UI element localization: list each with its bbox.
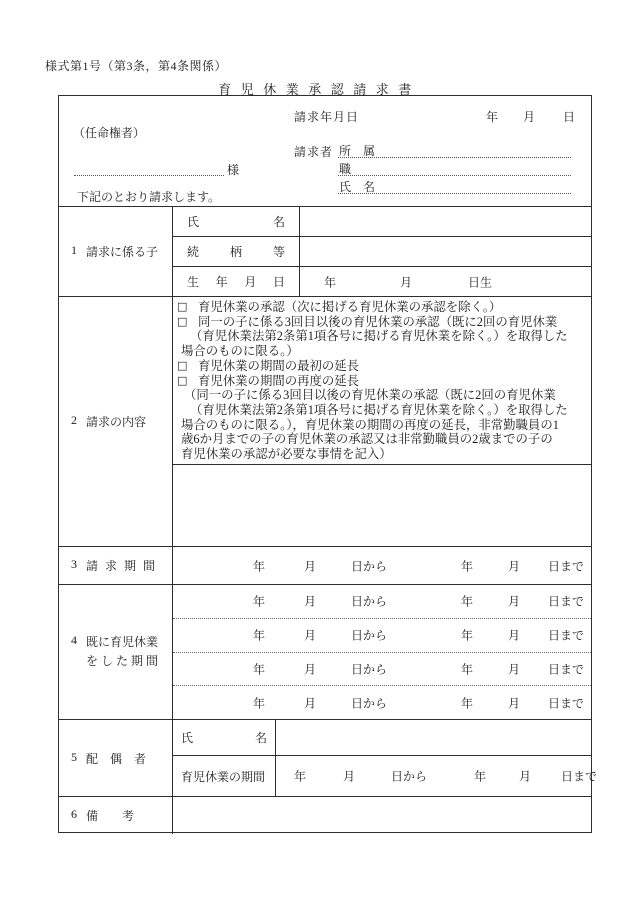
remarks-row-title: 備 考 <box>86 807 134 824</box>
year-from-label: 年 <box>253 557 265 574</box>
year-from-label: 年 <box>253 627 265 644</box>
day-from-label: 日から <box>351 694 387 711</box>
appointer-label: （任命権者） <box>73 124 145 141</box>
month-from-label: 月 <box>343 768 355 785</box>
checkbox-icon[interactable]: □ <box>176 315 198 330</box>
year-to-label: 年 <box>474 768 486 785</box>
day-to-label: 日まで <box>548 694 584 711</box>
year-to-label: 年 <box>461 557 473 574</box>
spouse-row-header: 5 配 偶 者 <box>59 720 173 796</box>
past-period-cell-3[interactable]: 年 月 日から 年 月 日まで <box>173 652 591 686</box>
month-to-label: 月 <box>508 694 520 711</box>
content-row-header: 2 請求の内容 <box>59 297 173 546</box>
checkbox-icon[interactable]: □ <box>176 374 198 389</box>
child-name-value-cell[interactable] <box>300 207 591 236</box>
child-relation-value-cell[interactable] <box>300 237 591 266</box>
row-request-content: 2 請求の内容 □育児休業の承認（次に掲げる育児休業の承認を除く。） □同一の子… <box>59 296 591 546</box>
past-period-cell-1[interactable]: 年 月 日から 年 月 日まで <box>173 585 591 618</box>
year-to-label: 年 <box>461 593 473 610</box>
month-from-label: 月 <box>304 593 316 610</box>
row-past-leave: 4 既に育児休業 を し た 期 間 年 月 日から 年 月 日まで <box>59 584 591 719</box>
period-row-header: 3 請 求 期 間 <box>59 547 173 584</box>
year-to-label: 年 <box>461 627 473 644</box>
month-to-label: 月 <box>519 768 531 785</box>
month-to-label: 月 <box>508 660 520 677</box>
remarks-value-cell[interactable] <box>173 797 591 834</box>
day-to-label: 日まで <box>561 768 597 785</box>
checkbox-icon[interactable]: □ <box>176 300 198 315</box>
day-to-label: 日まで <box>548 593 584 610</box>
content-row-title: 請求の内容 <box>86 413 146 430</box>
year-to-label: 年 <box>461 694 473 711</box>
month-to-label: 月 <box>508 627 520 644</box>
day-from-label: 日から <box>351 627 387 644</box>
content-note: （同一の子に係る3回目以後の育児休業の承認（既に2回の育児休業 <box>184 388 583 403</box>
spouse-name-value-cell[interactable] <box>276 720 591 755</box>
month-from-label: 月 <box>304 627 316 644</box>
day-from-label: 日から <box>351 593 387 610</box>
birth-day-label: 日生 <box>468 273 492 290</box>
month-to-label: 月 <box>508 557 520 574</box>
checkbox-icon[interactable]: □ <box>176 359 198 374</box>
year-from-label: 年 <box>253 694 265 711</box>
period-row-title: 請 求 期 間 <box>86 557 157 574</box>
year-to-label: 年 <box>461 660 473 677</box>
birth-month-label: 月 <box>400 273 412 290</box>
month-from-label: 月 <box>304 557 316 574</box>
content-option-2-cont: 場合のものに限る。） <box>181 344 583 359</box>
remarks-row-number: 6 <box>71 807 77 824</box>
period-row-number: 3 <box>71 557 77 574</box>
year-from-label: 年 <box>253 660 265 677</box>
child-row-number: 1 <box>71 243 77 260</box>
row-remarks: 6 備 考 <box>59 796 591 834</box>
content-note: 歳6か月までの子の育児休業の承認又は非常勤職員の2歳までの子の <box>181 432 583 447</box>
month-from-label: 月 <box>304 694 316 711</box>
past-row-number: 4 <box>71 633 77 671</box>
content-freeform-cell[interactable] <box>173 465 591 546</box>
past-period-cell-4[interactable]: 年 月 日から 年 月 日まで <box>173 685 591 719</box>
content-note: 育児休業の承認が必要な事情を記入） <box>181 447 583 462</box>
row-request-period: 3 請 求 期 間 年 月 日から 年 月 日まで <box>59 546 591 584</box>
request-form-table: 請求年月日 年 月 日 （任命権者） 請求者 所 属 様 職 氏 名 下記のとお… <box>58 95 592 833</box>
form-number: 様式第1号（第3条，第4条関係） <box>45 57 227 74</box>
requester-name-label: 氏 名 <box>339 178 375 195</box>
month-from-label: 月 <box>304 660 316 677</box>
addressee-underline-field[interactable] <box>74 159 224 176</box>
content-option-3: 育児休業の期間の最初の延長 <box>198 359 583 374</box>
child-relation-label-cell: 続 柄 等 <box>173 237 300 266</box>
header-cell: 請求年月日 年 月 日 （任命権者） 請求者 所 属 様 職 氏 名 下記のとお… <box>59 96 591 206</box>
requester-name-field[interactable]: 氏 名 <box>338 177 571 194</box>
day-from-label: 日から <box>391 768 427 785</box>
spouse-row-number: 5 <box>71 750 77 767</box>
row-spouse: 5 配 偶 者 氏 名 育児休業の期間 年 <box>59 719 591 796</box>
spouse-name-label-cell: 氏 名 <box>173 720 276 755</box>
day-to-label: 日まで <box>548 660 584 677</box>
past-row-title-line1: 既に育児休業 <box>86 633 158 652</box>
child-birthdate-label-cell: 生 年 月 日 <box>173 267 300 296</box>
spouse-period-label-cell: 育児休業の期間 <box>173 756 276 796</box>
position-field[interactable]: 職 <box>338 159 571 176</box>
content-option-1: 育児休業の承認（次に掲げる育児休業の承認を除く。） <box>198 300 583 315</box>
content-option-2-cont: （育児休業法第2条第1項各号に掲げる育児休業を除く。）を取得した <box>190 329 583 344</box>
birth-year-label: 年 <box>324 273 336 290</box>
spouse-period-cell[interactable]: 年 月 日から 年 月 日まで <box>276 756 591 796</box>
past-period-cell-2[interactable]: 年 月 日から 年 月 日まで <box>173 618 591 652</box>
declaration-text: 下記のとおり請求します。 <box>77 188 220 205</box>
request-period-cell[interactable]: 年 月 日から 年 月 日まで <box>173 547 591 584</box>
day-from-label: 日から <box>351 557 387 574</box>
affiliation-label: 所 属 <box>339 142 375 159</box>
request-date-month-label: 月 <box>523 108 535 125</box>
position-label: 職 <box>339 160 351 177</box>
year-from-label: 年 <box>253 593 265 610</box>
request-date-year-label: 年 <box>486 108 498 125</box>
year-from-label: 年 <box>294 768 306 785</box>
child-name-label-cell: 氏 名 <box>173 207 300 236</box>
month-to-label: 月 <box>508 593 520 610</box>
request-date-day-label: 日 <box>563 108 575 125</box>
content-option-4: 育児休業の期間の再度の延長 <box>198 374 583 389</box>
past-row-title-line2: を し た 期 間 <box>86 652 158 671</box>
child-birthdate-value-cell[interactable]: 年 月 日生 <box>300 267 591 296</box>
content-options-cell: □育児休業の承認（次に掲げる育児休業の承認を除く。） □同一の子に係る3回目以後… <box>173 297 591 465</box>
past-row-header: 4 既に育児休業 を し た 期 間 <box>59 585 173 719</box>
day-to-label: 日まで <box>548 627 584 644</box>
affiliation-field[interactable]: 所 属 <box>338 141 571 158</box>
day-to-label: 日まで <box>548 557 584 574</box>
row-child: 1 請求に係る子 氏 名 続 柄 等 <box>59 206 591 296</box>
content-note: 場合のものに限る。），育児休業の期間の再度の延長，非常勤職員の1 <box>181 418 583 433</box>
addressee-suffix: 様 <box>227 161 239 178</box>
request-date-label: 請求年月日 <box>294 108 359 125</box>
content-note: （育児休業法第2条第1項各号に掲げる育児休業を除く。）を取得した <box>190 403 583 418</box>
content-option-2: 同一の子に係る3回目以後の育児休業の承認（既に2回の育児休業 <box>198 315 583 330</box>
remarks-row-header: 6 備 考 <box>59 797 173 834</box>
spouse-row-title: 配 偶 者 <box>86 750 146 767</box>
content-row-number: 2 <box>71 413 77 430</box>
document-page: 様式第1号（第3条，第4条関係） 育児休業承認請求書 請求年月日 年 月 日 （… <box>0 0 630 903</box>
child-row-header: 1 請求に係る子 <box>59 207 173 296</box>
child-row-title: 請求に係る子 <box>86 243 158 260</box>
requester-label: 請求者 <box>294 143 333 160</box>
day-from-label: 日から <box>351 660 387 677</box>
